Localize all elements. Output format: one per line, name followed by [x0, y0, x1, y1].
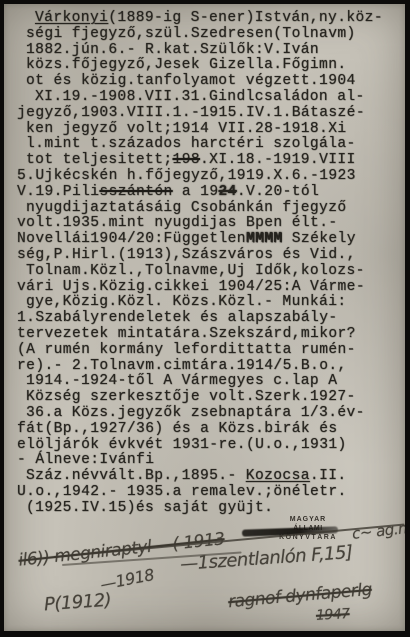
typed-segment: (1889-ig S-ener)István,ny.köz- [108, 10, 383, 26]
typed-segment: 24 [218, 184, 236, 200]
typed-segment: 198 [173, 152, 200, 168]
typed-segment: volt.1935.mint nyugdijas Bpen élt.- [17, 215, 338, 231]
typed-segment: MMMM [246, 231, 283, 247]
typed-segment: Novellái1904/20:Független [17, 231, 246, 247]
typed-segment: Székely [283, 231, 356, 247]
typed-segment: 36.a Közs.jegyzők zsebnaptára 1/3.év- [26, 405, 365, 421]
typed-line: 1.Szabályrendeletek és alapszabály- [17, 311, 399, 327]
typed-segment: Várkonyi [35, 10, 108, 26]
typed-segment: közs.főjegyző,Jesek Gizella.Főgimn. [26, 57, 347, 73]
typed-segment: Kozocsa [246, 468, 310, 484]
typed-segment: l.mint t.százados harctéri szolgála- [26, 136, 356, 152]
pencil-note-right-top-illegible: c~ ag.n [351, 519, 405, 543]
typed-segment: V.19.Pili [17, 184, 99, 200]
typed-segment: gye,Közig.Közl. Közs.Közl.- Munkái: [26, 294, 347, 310]
typed-segment: sszántón [99, 184, 172, 200]
typed-line: ken jegyző volt;1914 VII.28-1918.Xi [17, 122, 399, 138]
typed-segment: .XI.18.-1919.VIII [200, 152, 356, 168]
typed-line: tot teljesitett;198.XI.18.-1919.VIII [17, 153, 399, 169]
typed-segment: U.o.,1942.- 1935.a remalev.;önéletr. [17, 484, 347, 500]
typed-segment: ség,P.Hirl.(1913),Szászváros és Vid., [17, 247, 356, 263]
index-card: Várkonyi(1889-ig S-ener)István,ny.köz-sé… [4, 4, 405, 631]
typed-segment: ot és közig.tanfolyamot végzett.1904 [26, 73, 356, 89]
typed-segment: elöljárók évkvét 1931-re.(U.o.,1931) [17, 437, 347, 453]
typed-segment: 1914.-1924-től A Vármegyes c.lap A [26, 373, 337, 389]
typed-line: vári Ujs.Közig.cikkei 1904/25:A Várme- [17, 280, 399, 296]
typed-segment: fát(Bp.,1927/36) és a Közs.birák és [17, 421, 338, 437]
typed-segment: tot teljesitett; [26, 152, 173, 168]
typed-line: XI.19.-1908.VII.31.Gindlcsaládon al- [17, 90, 399, 106]
typed-line: V.19.Pilisszántón a 1924.V.20-tól [17, 185, 399, 201]
typed-line: tervezetek mintatára.Szekszárd,mikor? [17, 327, 399, 343]
typed-line: 36.a Közs.jegyzők zsebnaptára 1/3.év- [17, 406, 399, 422]
typed-segment: ségi fjegyző,szül.Szedresen(Tolnavm) [26, 26, 356, 42]
typed-line: közs.főjegyző,Jesek Gizella.Főgimn. [17, 58, 399, 74]
typed-line: (A rumén kormány lefordittatta rumén- [17, 343, 399, 359]
typed-segment: tervezetek mintatára.Szekszárd,mikor? [17, 326, 356, 342]
typed-line: l.mint t.százados harctéri szolgála- [17, 137, 399, 153]
typed-segment: 1.Szabályrendeletek és alapszabály- [17, 310, 338, 326]
typed-line: fát(Bp.,1927/36) és a Közs.birák és [17, 422, 399, 438]
typed-line: jegyző,1903.VIII.1.-1915.IV.1.Bátaszé- [17, 106, 399, 122]
typed-segment: re).- 2.Tolnavm.cimtára.1914/5.B.o., [17, 358, 347, 374]
typed-segment: a 19 [173, 184, 219, 200]
typed-segment: 5.Ujkécskén h.főjegyző,1919.X.6.-1923 [17, 168, 356, 184]
typed-segment: (A rumén kormány lefordittatta rumén- [17, 342, 356, 358]
typed-segment: 1882.jún.6.- R.kat.Szülők:V.Iván [26, 42, 319, 58]
pencil-note-p1912: P(1912) [43, 590, 112, 616]
typed-segment: .II. [310, 468, 347, 484]
typed-segment: (1925.IV.15)és saját gyüjt. [26, 500, 273, 516]
typed-segment: vári Ujs.Közig.cikkei 1904/25:A Várme- [17, 279, 365, 295]
typed-line: nyugdijaztatásáig Csobánkán fjegyző [17, 201, 399, 217]
typed-line: U.o.,1942.- 1935.a remalev.;önéletr. [17, 485, 399, 501]
typed-line: elöljárók évkvét 1931-re.(U.o.,1931) [17, 438, 399, 454]
typed-line: 1914.-1924-től A Vármegyes c.lap A [17, 374, 399, 390]
typed-line: - Álneve:Ivánfi [17, 453, 399, 469]
typed-line: Novellái1904/20:FüggetlenMMMM Székely [17, 232, 399, 248]
pencil-note-bottom-right-small-illegible: 1947 [316, 606, 350, 624]
typed-segment: XI.19.-1908.VII.31.Gindlcsaládon al- [35, 89, 365, 105]
typed-segment: - Álneve:Ivánfi [17, 452, 154, 468]
typed-line: ség,P.Hirl.(1913),Szászváros és Vid., [17, 248, 399, 264]
typed-segment: Tolnam.Közl.,Tolnavme,Uj Idők,kolozs- [26, 263, 365, 279]
photo-frame: Várkonyi(1889-ig S-ener)István,ny.köz-sé… [0, 0, 410, 637]
stamp-line-1: MAGYAR [270, 516, 346, 524]
typed-segment: Község szerkesztője volt.Szerk.1927- [26, 389, 356, 405]
typed-line: gye,Közig.Közl. Közs.Közl.- Munkái: [17, 295, 399, 311]
typed-line: Száz.névvált.Bp.,1895.- Kozocsa.II. [17, 469, 399, 485]
typed-segment: jegyző,1903.VIII.1.-1915.IV.1.Bátaszé- [17, 105, 365, 121]
typed-line: Tolnam.Közl.,Tolnavme,Uj Idők,kolozs- [17, 264, 399, 280]
typed-line: Várkonyi(1889-ig S-ener)István,ny.köz- [17, 11, 399, 27]
typed-line: 5.Ujkécskén h.főjegyző,1919.X.6.-1923 [17, 169, 399, 185]
typed-line: ségi fjegyző,szül.Szedresen(Tolnavm) [17, 27, 399, 43]
typed-line: re).- 2.Tolnavm.cimtára.1914/5.B.o., [17, 359, 399, 375]
typed-segment: .V.20-tól [237, 184, 319, 200]
typed-line: volt.1935.mint nyugdijas Bpen élt.- [17, 216, 399, 232]
typed-segment: Száz.névvált.Bp.,1895.- [26, 468, 246, 484]
typed-line: ot és közig.tanfolyamot végzett.1904 [17, 74, 399, 90]
typed-text: Várkonyi(1889-ig S-ener)István,ny.köz-sé… [17, 11, 399, 517]
typed-segment: ken jegyző volt;1914 VII.28-1918.Xi [26, 121, 347, 137]
pencil-note-bottom-right-crossed-illegible: ragnof dynfaperlg [227, 580, 372, 612]
typed-line: (1925.IV.15)és saját gyüjt. [17, 501, 399, 517]
typed-segment: nyugdijaztatásáig Csobánkán fjegyző [26, 200, 347, 216]
typed-line: Község szerkesztője volt.Szerk.1927- [17, 390, 399, 406]
